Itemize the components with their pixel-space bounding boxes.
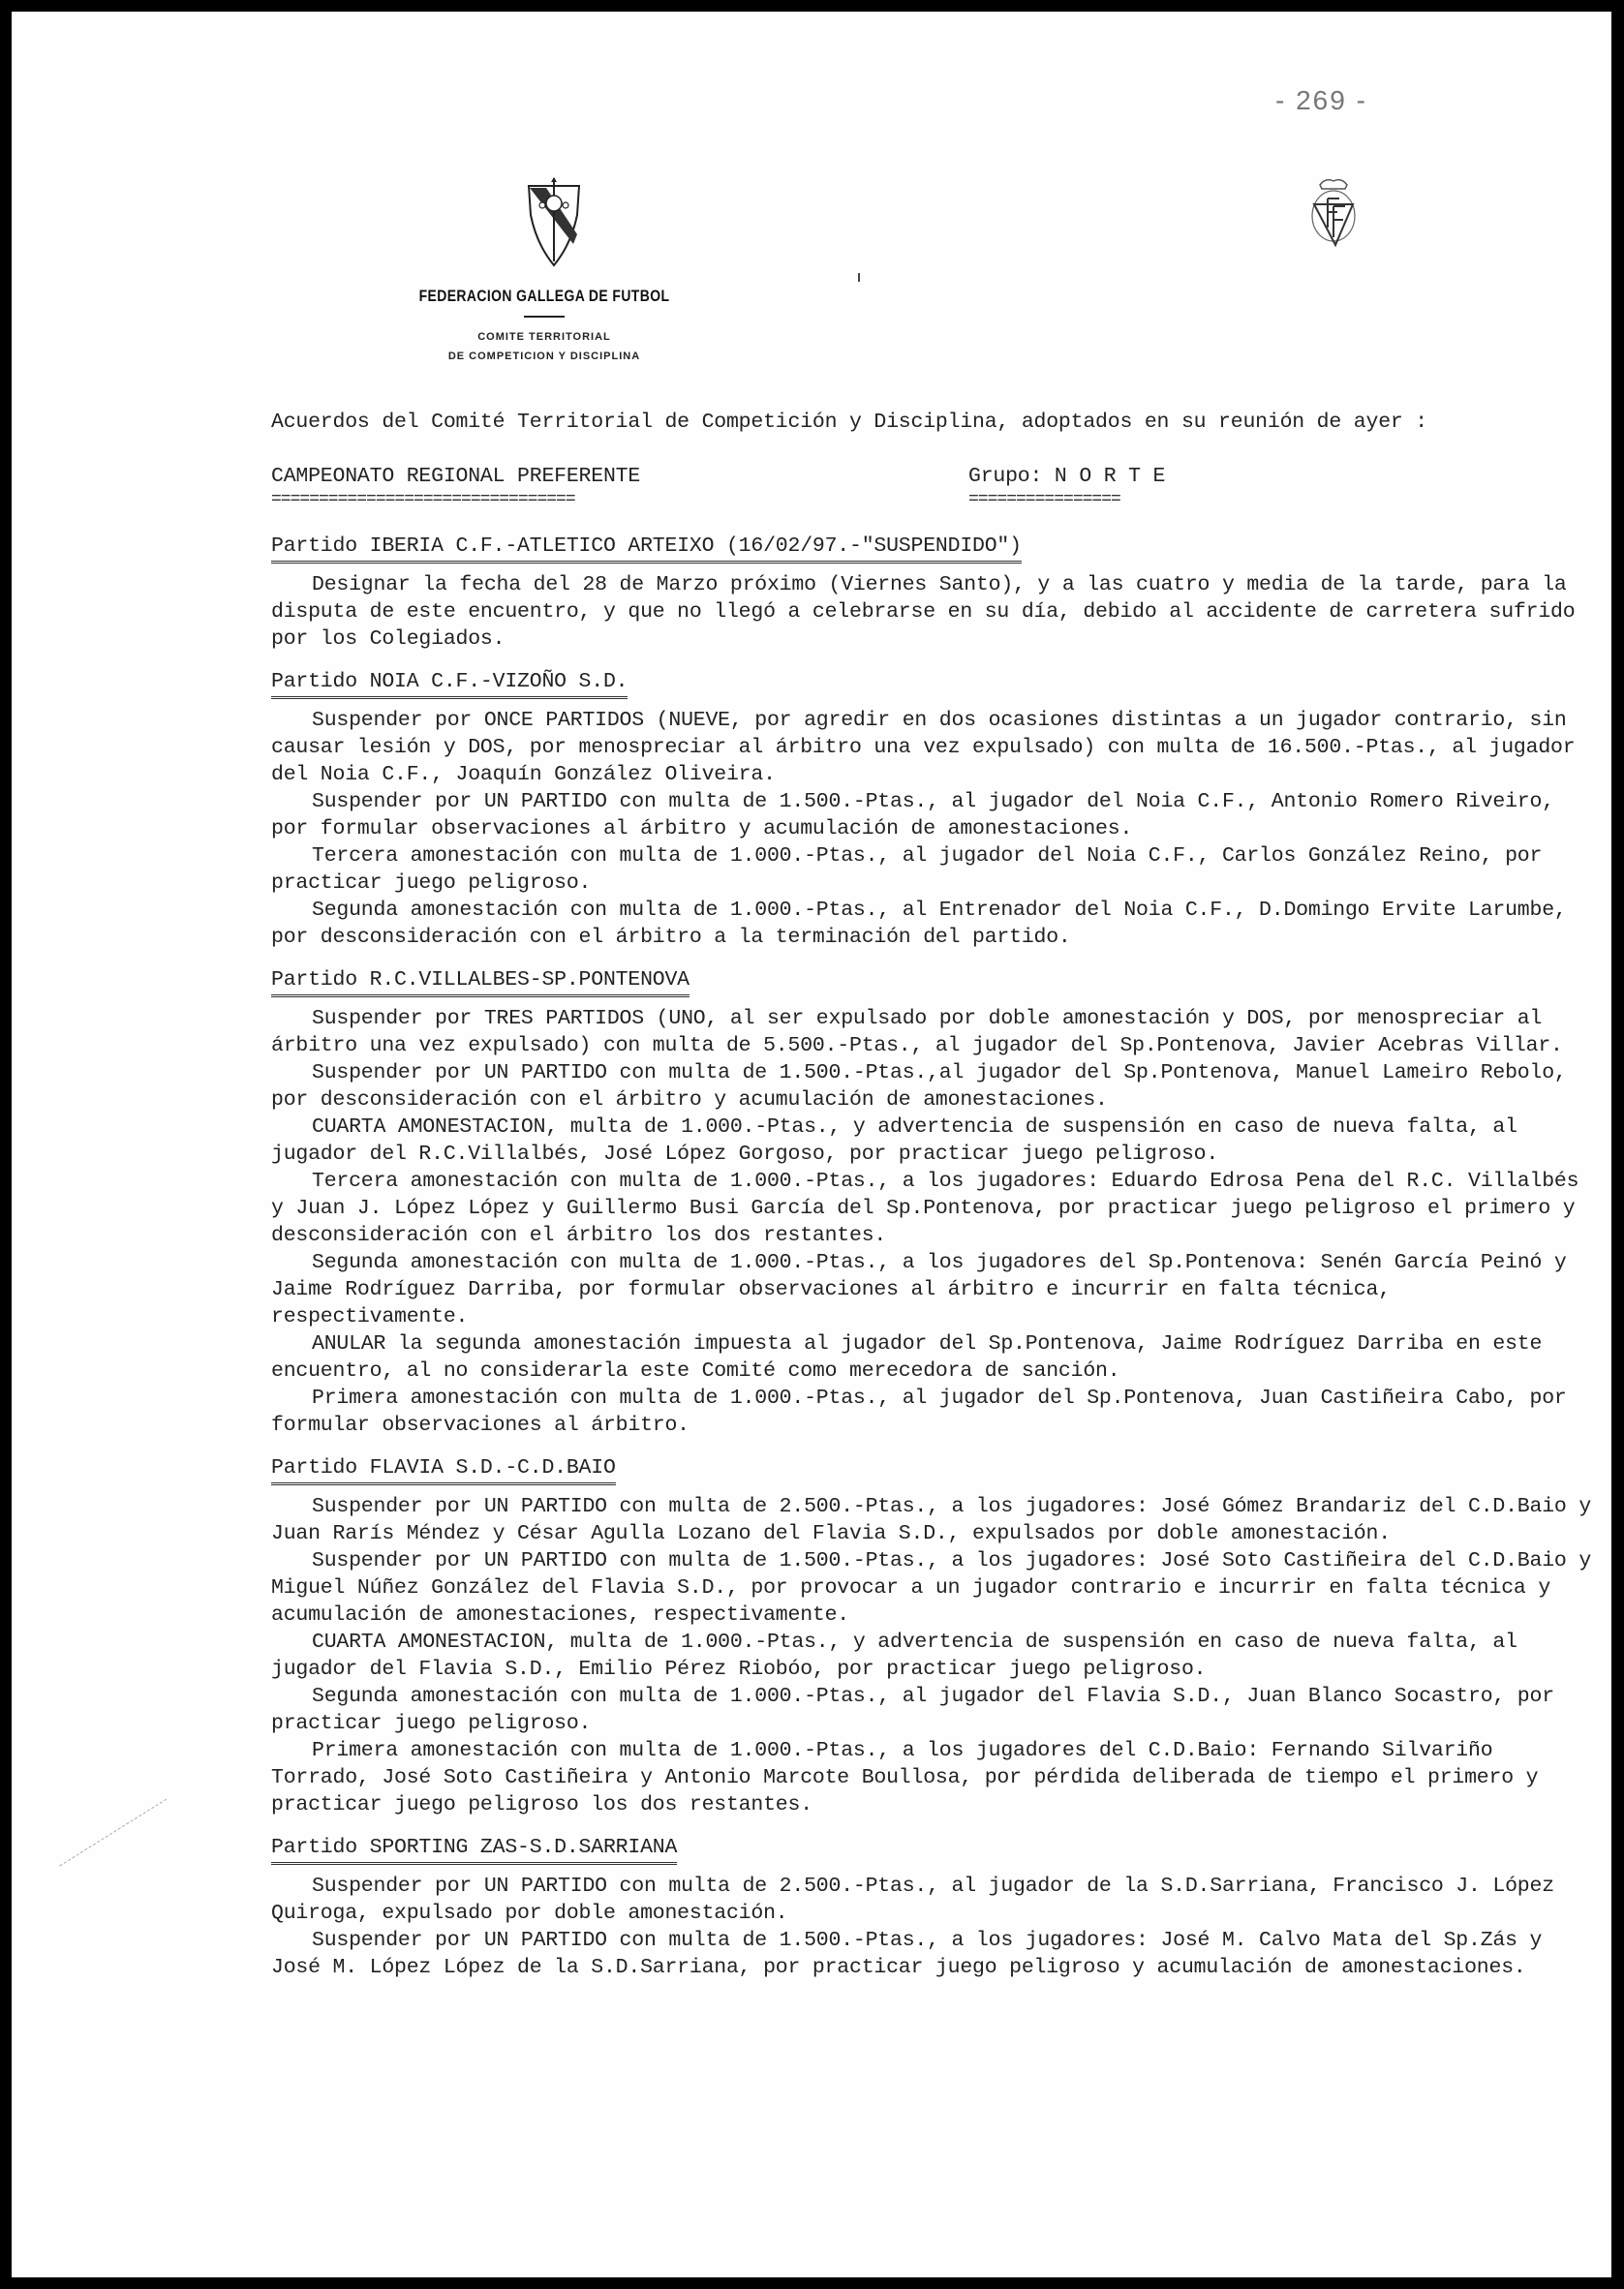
resolution-paragraph: Suspender por UN PARTIDO con multa de 2.… [271,1873,1598,1927]
match-title: Partido NOIA C.F.-VIZOÑO S.D. [271,668,628,699]
stray-mark [858,273,860,282]
group-underline: ================ [968,490,1165,509]
resolution-paragraph: CUARTA AMONESTACION, multa de 1.000.-Pta… [271,1114,1598,1168]
resolution-paragraph: Suspender por UN PARTIDO con multa de 1.… [271,1927,1598,1981]
match-section: Partido FLAVIA S.D.-C.D.BAIO Suspender p… [271,1445,1598,1818]
resolution-paragraph: CUARTA AMONESTACION, multa de 1.000.-Pta… [271,1629,1598,1683]
resolution-paragraph: ANULAR la segunda amonestación impuesta … [271,1330,1598,1385]
committee-line-2: DE COMPETICION Y DISCIPLINA [380,347,709,366]
match-title: Partido FLAVIA S.D.-C.D.BAIO [271,1454,616,1485]
resolution-paragraph: Tercera amonestación con multa de 1.000.… [271,842,1598,897]
organization-name: FEDERACION GALLEGA DE FUTBOL [410,287,680,306]
resolution-paragraph: Segunda amonestación con multa de 1.000.… [271,1683,1598,1737]
resolution-paragraph: Primera amonestación con multa de 1.000.… [271,1385,1598,1439]
match-title: Partido SPORTING ZAS-S.D.SARRIANA [271,1834,677,1865]
resolution-paragraph: Segunda amonestación con multa de 1.000.… [271,1249,1598,1330]
committee-line-1: COMITE TERRITORIAL [380,327,709,347]
championship-name: CAMPEONATO REGIONAL PREFERENTE [271,463,968,490]
scan-artifact [59,1799,167,1868]
document-page: - 269 - FEDERACION GALLEGA DE FUTBOL COM… [12,12,1611,2277]
letterhead: FEDERACION GALLEGA DE FUTBOL COMITE TERR… [380,287,709,366]
page-number: - 269 - [1275,85,1367,116]
resolution-paragraph: Tercera amonestación con multa de 1.000.… [271,1168,1598,1249]
intro-text: Acuerdos del Comité Territorial de Compe… [271,409,1598,436]
championship-header: CAMPEONATO REGIONAL PREFERENTE =========… [271,463,1598,523]
resolution-paragraph: Suspender por TRES PARTIDOS (UNO, al ser… [271,1005,1598,1059]
document-body: Acuerdos del Comité Territorial de Compe… [271,409,1598,1987]
resolution-paragraph: Suspender por UN PARTIDO con multa de 2.… [271,1493,1598,1547]
match-section: Partido SPORTING ZAS-S.D.SARRIANA Suspen… [271,1824,1598,1981]
resolution-paragraph: Segunda amonestación con multa de 1.000.… [271,897,1598,951]
championship-underline: ================================ [271,490,968,509]
galician-federation-shield-icon [525,176,583,268]
match-title: Partido IBERIA C.F.-ATLETICO ARTEIXO (16… [271,533,1022,564]
resolution-paragraph: Suspender por UN PARTIDO con multa de 1.… [271,788,1598,842]
resolution-paragraph: Primera amonestación con multa de 1.000.… [271,1737,1598,1818]
match-section: Partido R.C.VILLALBES-SP.PONTENOVA Suspe… [271,957,1598,1439]
spanish-federation-crest-icon [1306,173,1361,253]
match-section: Partido IBERIA C.F.-ATLETICO ARTEIXO (16… [271,523,1598,653]
resolution-paragraph: Suspender por UN PARTIDO con multa de 1.… [271,1547,1598,1629]
letterhead-rule [524,316,565,318]
resolution-paragraph: Suspender por ONCE PARTIDOS (NUEVE, por … [271,707,1598,788]
match-title: Partido R.C.VILLALBES-SP.PONTENOVA [271,966,689,997]
match-section: Partido NOIA C.F.-VIZOÑO S.D. Suspender … [271,658,1598,951]
resolution-paragraph: Suspender por UN PARTIDO con multa de 1.… [271,1059,1598,1114]
group-name: Grupo: N O R T E [968,463,1165,490]
resolution-paragraph: Designar la fecha del 28 de Marzo próxim… [271,571,1598,653]
